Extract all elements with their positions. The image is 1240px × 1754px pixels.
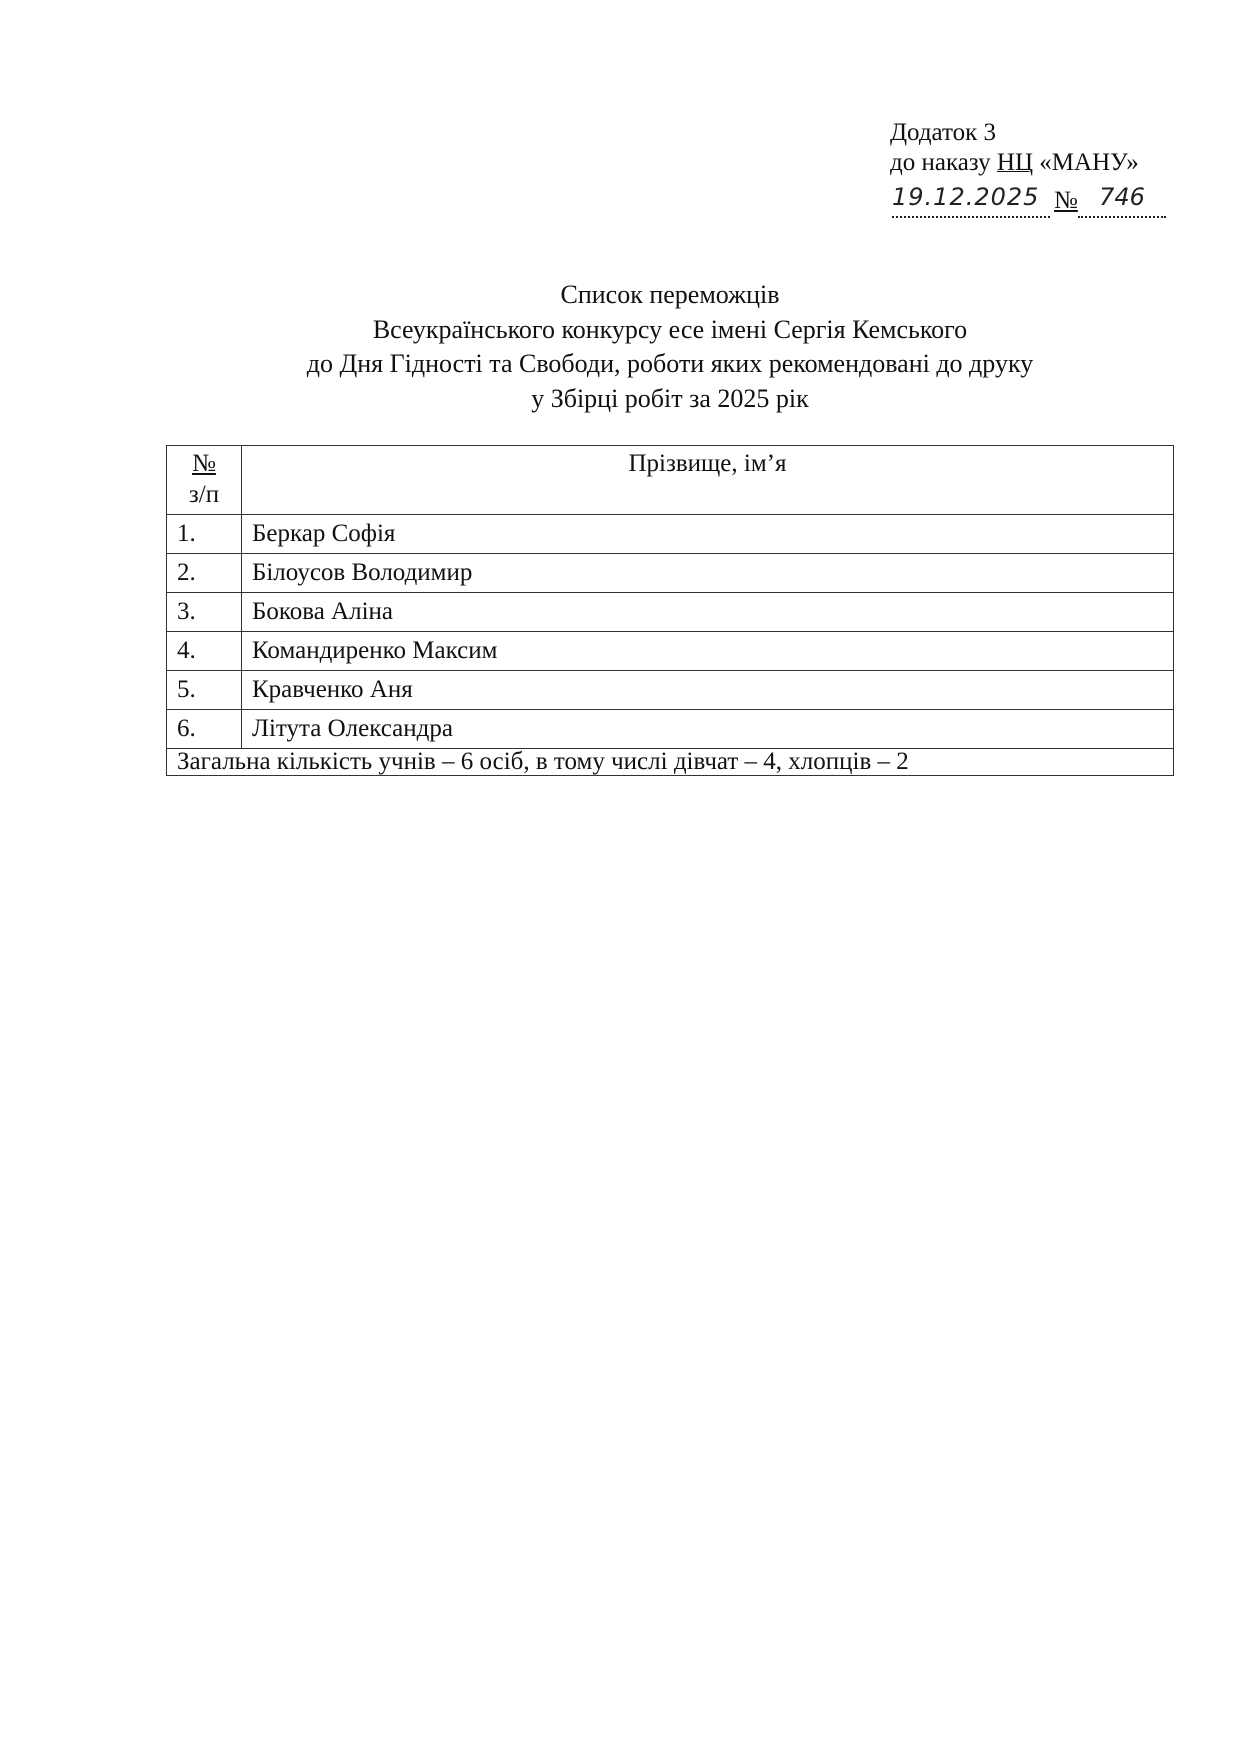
order-reference: до наказу НЦ «МАНУ» — [890, 148, 1139, 178]
table-header-row: № з/п Прізвище, ім’я — [167, 446, 1174, 515]
row-number: 1. — [167, 515, 242, 554]
appendix-label: Додаток 3 — [890, 118, 1139, 148]
row-number: 4. — [167, 632, 242, 671]
document-title: Список переможців Всеукраїнського конкур… — [0, 278, 1240, 416]
table-row: 1. Беркар Софія — [167, 515, 1174, 554]
document-page: Додаток 3 до наказу НЦ «МАНУ» 19.12.2025… — [0, 0, 1240, 1754]
order-number-handwritten: 746 — [1078, 182, 1166, 218]
row-name: Білоусов Володимир — [242, 554, 1174, 593]
column-header-name: Прізвище, ім’я — [242, 446, 1174, 515]
row-name: Літута Олександра — [242, 710, 1174, 749]
row-name: Бокова Аліна — [242, 593, 1174, 632]
organization-name: «МАНУ» — [1033, 149, 1139, 176]
order-date-number: 19.12.2025 № 746 — [890, 182, 1180, 218]
row-number: 2. — [167, 554, 242, 593]
column-header-number: № з/п — [167, 446, 242, 515]
row-number: 5. — [167, 671, 242, 710]
title-line-2: Всеукраїнського конкурсу есе імені Сергі… — [0, 313, 1240, 348]
table-row: 4. Командиренко Максим — [167, 632, 1174, 671]
ordinal-header: з/п — [167, 479, 241, 510]
table-row: 5. Кравченко Аня — [167, 671, 1174, 710]
row-name: Беркар Софія — [242, 515, 1174, 554]
organization-abbrev: НЦ — [997, 149, 1033, 176]
order-date-handwritten: 19.12.2025 — [892, 182, 1050, 218]
number-sign-header: № — [167, 448, 241, 479]
order-prefix: до наказу — [890, 149, 997, 176]
row-name: Командиренко Максим — [242, 632, 1174, 671]
row-number: 3. — [167, 593, 242, 632]
appendix-header: Додаток 3 до наказу НЦ «МАНУ» — [890, 118, 1139, 178]
table-row: 2. Білоусов Володимир — [167, 554, 1174, 593]
row-number: 6. — [167, 710, 242, 749]
title-line-3: до Дня Гідності та Свободи, роботи яких … — [0, 347, 1240, 382]
title-line-4: у Збірці робіт за 2025 рік — [0, 382, 1240, 417]
winners-table: № з/п Прізвище, ім’я 1. Беркар Софія 2. … — [166, 445, 1174, 776]
table-row: 6. Літута Олександра — [167, 710, 1174, 749]
table-total-row: Загальна кількість учнів – 6 осіб, в том… — [167, 749, 1174, 776]
table-row: 3. Бокова Аліна — [167, 593, 1174, 632]
total-summary: Загальна кількість учнів – 6 осіб, в том… — [167, 749, 1174, 776]
title-line-1: Список переможців — [0, 278, 1240, 313]
number-sign: № — [1054, 186, 1078, 216]
row-name: Кравченко Аня — [242, 671, 1174, 710]
